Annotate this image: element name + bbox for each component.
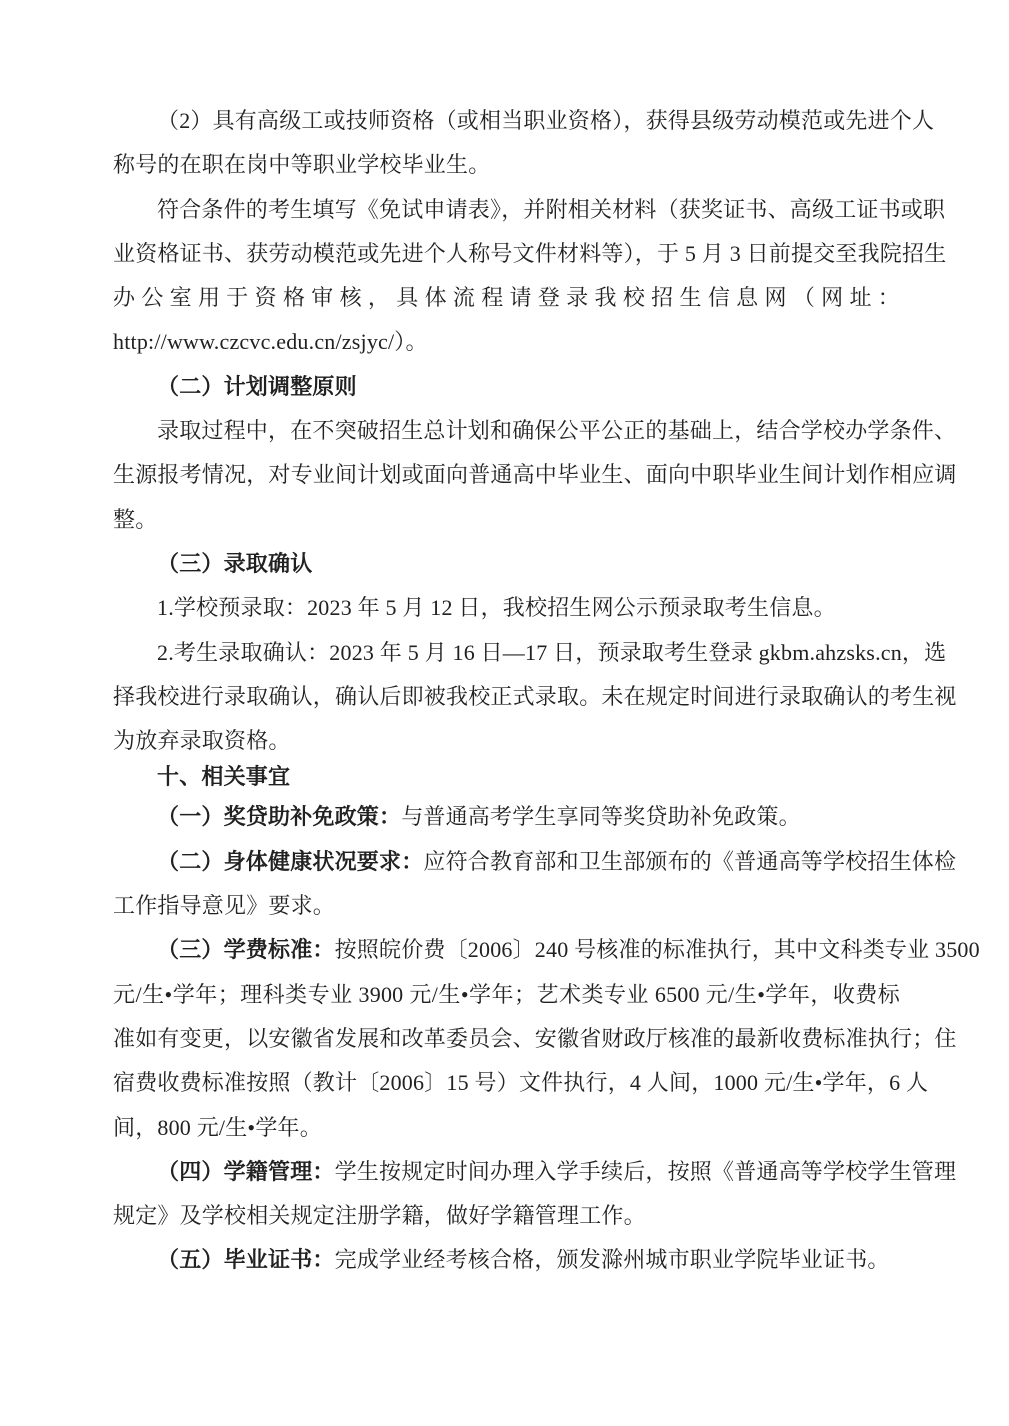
url-text: http://www.czcvc.edu.cn/zsjyc/）。: [113, 329, 428, 354]
paragraph-text: 1.学校预录取：2023 年 5 月 12 日，我校招生网公示预录取考生信息。: [157, 595, 836, 620]
paragraph-text: 完成学业经考核合格，颁发滁州城市职业学院毕业证书。: [335, 1247, 890, 1272]
paragraph-text: 整。: [113, 507, 157, 532]
paragraph-text: 符合条件的考生填写《免试申请表》，并附相关材料（获奖证书、高级工证书或职: [157, 197, 945, 222]
paragraph-text: 称号的在职在岗中等职业学校毕业生。: [113, 152, 490, 177]
text-line: 间，800 元/生•学年。: [113, 1106, 900, 1150]
bold-lead: （五）毕业证书：: [157, 1247, 335, 1272]
text-line: 业资格证书、获劳动模范或先进个人称号文件材料等），于 5 月 3 日前提交至我院…: [113, 232, 900, 276]
text-line: 工作指导意见》要求。: [113, 884, 900, 928]
heading-related-matters: 十、相关事宜: [113, 763, 900, 795]
bold-lead: （三）学费标准：: [157, 937, 335, 962]
text-line: 录取过程中，在不突破招生总计划和确保公平公正的基础上，结合学校办学条件、: [113, 409, 900, 453]
text-line: http://www.czcvc.edu.cn/zsjyc/）。: [113, 320, 900, 364]
text-line: 符合条件的考生填写《免试申请表》，并附相关材料（获奖证书、高级工证书或职: [113, 188, 900, 232]
text-line: 1.学校预录取：2023 年 5 月 12 日，我校招生网公示预录取考生信息。: [113, 586, 900, 630]
paragraph-text: 为放弃录取资格。: [113, 728, 291, 753]
text-line: 整。: [113, 498, 900, 542]
paragraph-text: 办公室用于资格审核，具体流程请登录我校招生信息网（网址：: [113, 285, 900, 310]
text-line: 2.考生录取确认：2023 年 5 月 16 日—17 日，预录取考生登录 gk…: [113, 631, 900, 675]
text-line-spread: 办公室用于资格审核，具体流程请登录我校招生信息网（网址：: [113, 276, 900, 320]
paragraph-text: 应符合教育部和卫生部颁布的《普通高等学校招生体检: [423, 849, 956, 874]
paragraph-text: 录取过程中，在不突破招生总计划和确保公平公正的基础上，结合学校办学条件、: [157, 418, 956, 443]
paragraph-text: 规定》及学校相关规定注册学籍，做好学籍管理工作。: [113, 1203, 646, 1228]
paragraph-text: 生源报考情况，对专业间计划或面向普通高中毕业生、面向中职毕业生间计划作相应调: [113, 462, 957, 487]
text-line: （四）学籍管理：学生按规定时间办理入学手续后，按照《普通高等学校学生管理: [113, 1150, 900, 1194]
text-line: （五）毕业证书：完成学业经考核合格，颁发滁州城市职业学院毕业证书。: [113, 1238, 900, 1282]
paragraph-text: 宿费收费标准按照（教计〔2006〕15 号）文件执行，4 人间，1000 元/生…: [113, 1070, 928, 1095]
text-line: 生源报考情况，对专业间计划或面向普通高中毕业生、面向中职毕业生间计划作相应调: [113, 453, 900, 497]
text-line: （三）学费标准：按照皖价费〔2006〕240 号核准的标准执行，其中文科类专业 …: [113, 928, 900, 972]
paragraph-text: 工作指导意见》要求。: [113, 893, 335, 918]
paragraph-text: 学生按规定时间办理入学手续后，按照《普通高等学校学生管理: [335, 1159, 957, 1184]
heading-text: 十、相关事宜: [157, 764, 290, 789]
paragraph-text: 2.考生录取确认：2023 年 5 月 16 日—17 日，预录取考生登录 gk…: [157, 640, 946, 665]
bold-lead: （二）身体健康状况要求：: [157, 849, 423, 874]
paragraph-text: 择我校进行录取确认，确认后即被我校正式录取。未在规定时间进行录取确认的考生视: [113, 684, 957, 709]
bold-lead: （四）学籍管理：: [157, 1159, 335, 1184]
paragraph-text: 业资格证书、获劳动模范或先进个人称号文件材料等），于 5 月 3 日前提交至我院…: [113, 241, 946, 266]
text-line: 称号的在职在岗中等职业学校毕业生。: [113, 143, 900, 187]
paragraph-text: （2）具有高级工或技师资格（或相当职业资格），获得县级劳动模范或先进个人: [157, 108, 934, 133]
paragraph-text: 间，800 元/生•学年。: [113, 1115, 322, 1140]
text-line: （一）奖贷助补免政策：与普通高考学生享同等奖贷助补免政策。: [113, 795, 900, 839]
text-line: 为放弃录取资格。: [113, 719, 900, 763]
document-page: （2）具有高级工或技师资格（或相当职业资格），获得县级劳动模范或先进个人 称号的…: [113, 99, 900, 1283]
text-line: 元/生•学年；理科类专业 3900 元/生•学年；艺术类专业 6500 元/生•…: [113, 973, 900, 1017]
text-line: 择我校进行录取确认，确认后即被我校正式录取。未在规定时间进行录取确认的考生视: [113, 675, 900, 719]
heading-plan-adjustment: （二）计划调整原则: [113, 365, 900, 409]
bold-lead: （一）奖贷助补免政策：: [157, 804, 401, 829]
heading-text: （二）计划调整原则: [157, 374, 357, 399]
text-line: （2）具有高级工或技师资格（或相当职业资格），获得县级劳动模范或先进个人: [113, 99, 900, 143]
paragraph-text: 按照皖价费〔2006〕240 号核准的标准执行，其中文科类专业 3500: [335, 937, 980, 962]
paragraph-text: 准如有变更，以安徽省发展和改革委员会、安徽省财政厅核准的最新收费标准执行；住: [113, 1026, 957, 1051]
text-line: 宿费收费标准按照（教计〔2006〕15 号）文件执行，4 人间，1000 元/生…: [113, 1061, 900, 1105]
text-line: （二）身体健康状况要求：应符合教育部和卫生部颁布的《普通高等学校招生体检: [113, 840, 900, 884]
text-line: 准如有变更，以安徽省发展和改革委员会、安徽省财政厅核准的最新收费标准执行；住: [113, 1017, 900, 1061]
heading-text: （三）录取确认: [157, 551, 312, 576]
text-line: 规定》及学校相关规定注册学籍，做好学籍管理工作。: [113, 1194, 900, 1238]
paragraph-text: 与普通高考学生享同等奖贷助补免政策。: [401, 804, 801, 829]
paragraph-text: 元/生•学年；理科类专业 3900 元/生•学年；艺术类专业 6500 元/生•…: [113, 982, 900, 1007]
heading-admission-confirmation: （三）录取确认: [113, 542, 900, 586]
